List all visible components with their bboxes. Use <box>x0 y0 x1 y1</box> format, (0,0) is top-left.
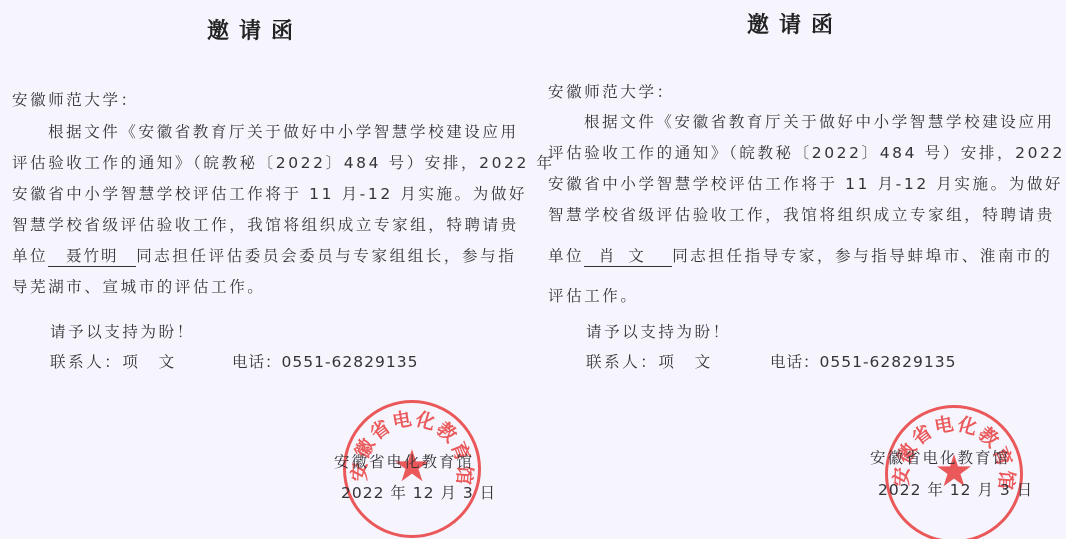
invitation-letter-right: 邀请函 安徽师范大学： 根据文件《安徽省教育厅关于做好中小学智慧学校建设应用 评… <box>540 0 1066 539</box>
body-line-3: 安徽省中小学智慧学校评估工作将于 11 月-12 月实施。为做好 <box>12 182 527 204</box>
letter-title: 邀请函 <box>207 14 303 45</box>
body-line-6: 导芜湖市、宣城市的评估工作。 <box>12 275 265 297</box>
signature-org: 安徽省电化教育馆 <box>334 450 474 472</box>
unit-prefix: 单位 <box>548 247 584 265</box>
invitee-name: 肖文 <box>584 244 672 267</box>
body-line-2: 评估验收工作的通知》（皖教秘〔2022〕484 号）安排，2022 年 <box>548 141 1066 163</box>
signature-date: 2022 年 12 月 3 日 <box>341 481 496 503</box>
phone-number: 电话：0551-62829135 <box>770 350 956 372</box>
role-text: 同志担任指导专家，参与指导蚌埠市、淮南市的 <box>672 247 1052 265</box>
body-line-5: 单位聂竹明同志担任评估委员会委员与专家组组长，参与指 <box>12 244 516 267</box>
signature-org: 安徽省电化教育馆 <box>870 446 1010 468</box>
phone-number: 电话：0551-62829135 <box>232 350 418 372</box>
contact-person: 联系人：项 文 <box>50 350 177 372</box>
body-line-1: 根据文件《安徽省教育厅关于做好中小学智慧学校建设应用 <box>48 120 519 142</box>
unit-prefix: 单位 <box>12 247 48 265</box>
body-line-3: 安徽省中小学智慧学校评估工作将于 11 月-12 月实施。为做好 <box>548 172 1063 194</box>
contact-person: 联系人：项 文 <box>586 350 713 372</box>
invitee-name: 聂竹明 <box>48 244 136 267</box>
body-line-2: 评估验收工作的通知》（皖教秘〔2022〕484 号）安排，2022 年 <box>12 151 555 173</box>
body-line-1: 根据文件《安徽省教育厅关于做好中小学智慧学校建设应用 <box>584 110 1055 132</box>
invitation-letter-left: 邀请函 安徽师范大学： 根据文件《安徽省教育厅关于做好中小学智慧学校建设应用 评… <box>0 0 530 539</box>
salutation: 安徽师范大学： <box>548 80 675 102</box>
signature-date: 2022 年 12 月 3 日 <box>878 478 1033 500</box>
request-line: 请予以支持为盼！ <box>586 320 731 342</box>
official-seal: 安徽省电化教育馆 ★ <box>885 405 1023 539</box>
salutation: 安徽师范大学： <box>12 88 139 110</box>
letter-title: 邀请函 <box>747 8 843 39</box>
body-line-5: 单位肖文同志担任指导专家，参与指导蚌埠市、淮南市的 <box>548 244 1052 267</box>
role-text: 同志担任评估委员会委员与专家组组长，参与指 <box>136 247 516 265</box>
body-line-4: 智慧学校省级评估验收工作，我馆将组织成立专家组，特聘请贵 <box>548 203 1055 225</box>
body-line-4: 智慧学校省级评估验收工作，我馆将组织成立专家组，特聘请贵 <box>12 213 519 235</box>
request-line: 请予以支持为盼！ <box>50 320 195 342</box>
body-line-6: 评估工作。 <box>548 284 639 306</box>
